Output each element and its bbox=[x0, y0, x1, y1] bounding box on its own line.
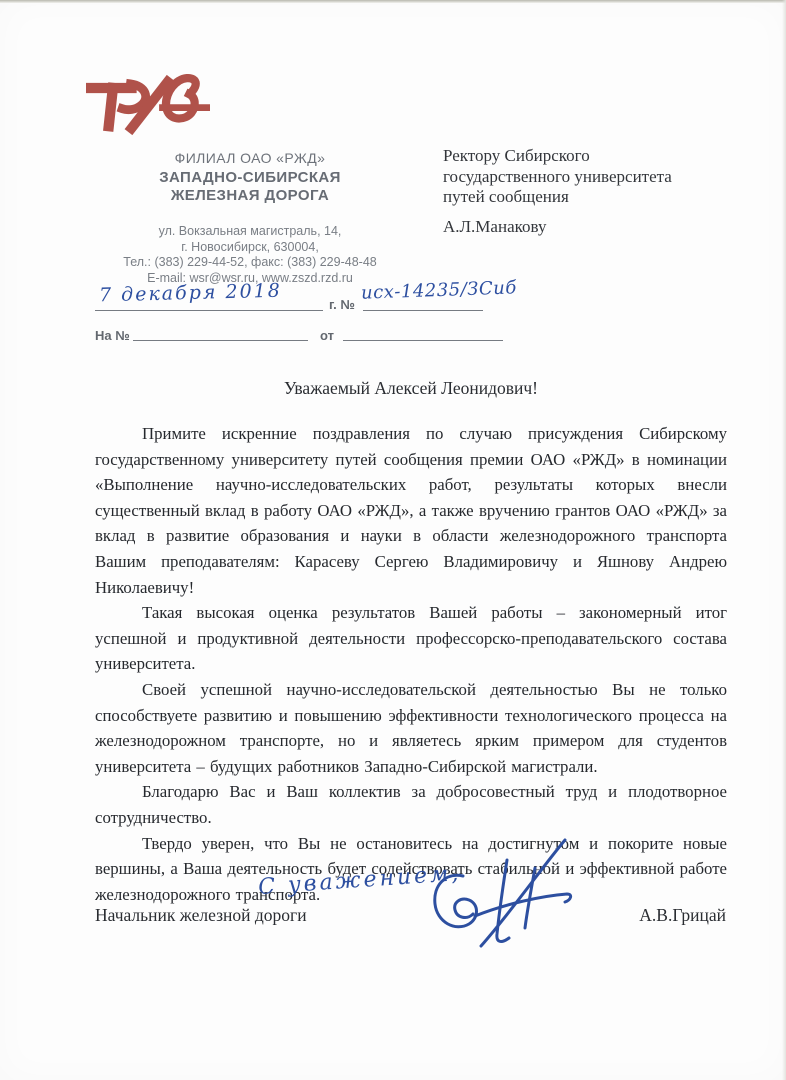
address-city: г. Новосибирск, 630004, bbox=[70, 240, 430, 256]
scan-edge-top bbox=[0, 0, 786, 3]
reply-from-label: от bbox=[320, 328, 334, 343]
letterhead-branch-line: ФИЛИАЛ ОАО «РЖД» bbox=[70, 150, 430, 166]
recipient-line-2: государственного университета bbox=[443, 167, 743, 188]
letterhead: ФИЛИАЛ ОАО «РЖД» ЗАПАДНО-СИБИРСКАЯ ЖЕЛЕЗ… bbox=[70, 150, 430, 205]
letter-body: Уважаемый Алексей Леонидович! Примите ис… bbox=[95, 378, 727, 907]
recipient-line-3: путей сообщения bbox=[443, 187, 743, 208]
reference-block: 7 декабря 2018 г. № исх-14235/ЗСиб На № … bbox=[95, 288, 515, 346]
handwritten-outgoing-number: исх-14235/ЗСиб bbox=[361, 277, 517, 303]
reply-to-number-label: На № bbox=[95, 328, 130, 343]
recipient-line-1: Ректору Сибирского bbox=[443, 146, 743, 167]
reference-date-row: 7 декабря 2018 г. № исх-14235/ЗСиб bbox=[95, 288, 515, 314]
address-street: ул. Вокзальная магистраль, 14, bbox=[70, 224, 430, 240]
scan-edge-right bbox=[782, 0, 786, 1080]
signer-title: Начальник железной дороги bbox=[95, 905, 307, 926]
signature-ink-icon bbox=[415, 838, 585, 958]
rzd-logo-icon bbox=[86, 68, 210, 140]
signer-name: А.В.Грицай bbox=[639, 905, 726, 926]
reply-date-underline bbox=[343, 322, 503, 341]
salutation: Уважаемый Алексей Леонидович! bbox=[95, 378, 727, 399]
date-number-label: г. № bbox=[329, 297, 355, 312]
recipient-name: А.Л.Манакову bbox=[443, 217, 743, 238]
letterhead-address: ул. Вокзальная магистраль, 14, г. Новоси… bbox=[70, 224, 430, 286]
recipient-block: Ректору Сибирского государственного унив… bbox=[443, 146, 743, 237]
letterhead-railway-name-1: ЗАПАДНО-СИБИРСКАЯ bbox=[70, 169, 430, 187]
paragraph-gratitude: Благодарю Вас и Ваш коллектив за добросо… bbox=[95, 779, 727, 830]
paragraph-contribution: Своей успешной научно-исследовательской … bbox=[95, 677, 727, 779]
letterhead-railway-name-2: ЖЕЛЕЗНАЯ ДОРОГА bbox=[70, 187, 430, 205]
paragraph-congratulations: Примите искренние поздравления по случаю… bbox=[95, 421, 727, 600]
reference-reply-row: На № от bbox=[95, 322, 515, 346]
letter-page: ФИЛИАЛ ОАО «РЖД» ЗАПАДНО-СИБИРСКАЯ ЖЕЛЕЗ… bbox=[0, 0, 786, 1080]
paragraph-assessment: Такая высокая оценка результатов Вашей р… bbox=[95, 600, 727, 677]
reply-number-underline bbox=[133, 322, 308, 341]
address-phone-fax: Тел.: (383) 229-44-52, факс: (383) 229-4… bbox=[70, 255, 430, 271]
